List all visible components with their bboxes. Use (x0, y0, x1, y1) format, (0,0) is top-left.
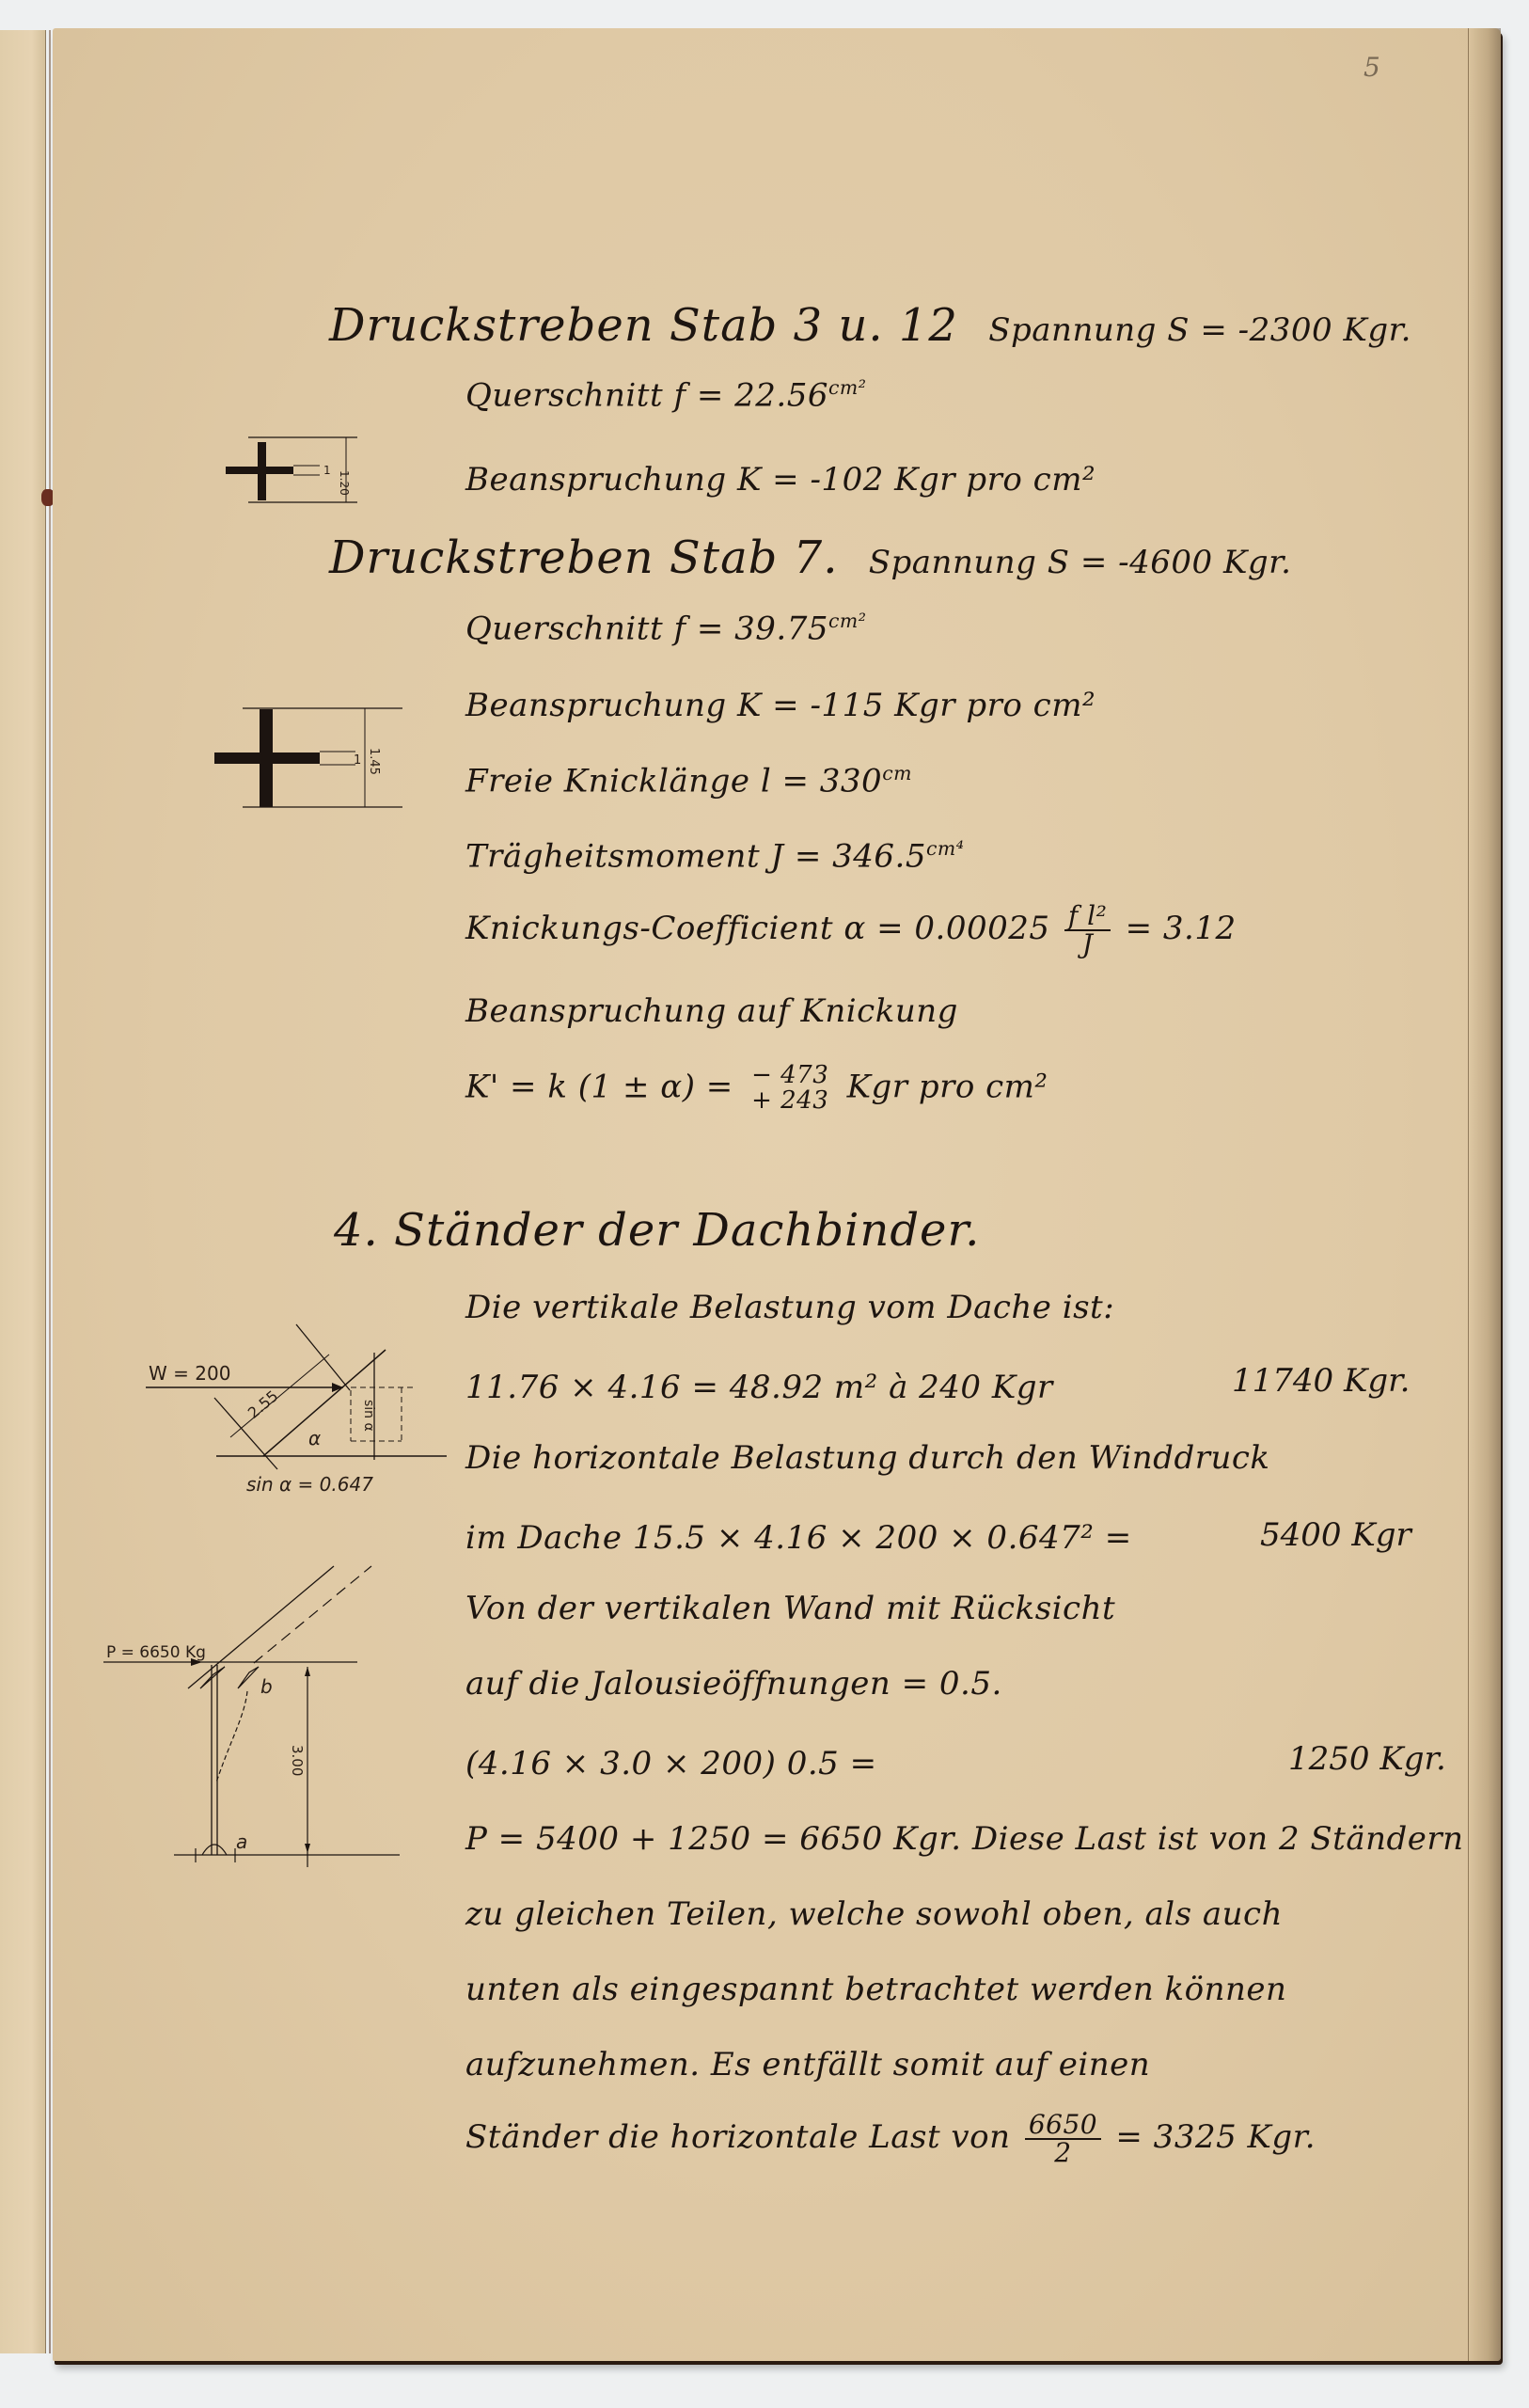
beanspruchung-knickung: Beanspruchung auf Knickung (465, 992, 958, 1030)
beanspruchung-7: Beanspruchung K = -115 Kgr pro cm² (465, 687, 1096, 724)
staender-line-9: zu gleichen Teilen, welche sowohl oben, … (465, 1895, 1283, 1933)
svg-text:2.55: 2.55 (244, 1386, 282, 1421)
heading-staender: 4. Ständer der Dachbinder. (334, 1204, 980, 1257)
knickung-formula: K' = k (1 ± α) = − 473 + 243 Kgr pro cm² (465, 1063, 1048, 1115)
knicklaenge: Freie Knicklänge l = 330cm (465, 762, 912, 800)
load-fraction: 6650 2 (1025, 2112, 1101, 2166)
staender-line-12: Ständer die horizontale Last von 6650 2 … (465, 2112, 1316, 2166)
staender-line-6: auf die Jalousieöffnungen = 0.5. (465, 1665, 1002, 1703)
svg-text:1.45: 1.45 (367, 748, 381, 775)
binding-stitch (49, 30, 51, 2353)
amount-wind-wall: 1250 Kgr. (1288, 1740, 1446, 1778)
svg-text:W = 200: W = 200 (149, 1362, 230, 1385)
page-number: 5 (1363, 52, 1380, 83)
svg-text:1.20: 1.20 (338, 470, 351, 496)
traegheitsmoment: Trägheitsmoment J = 346.5cm⁴ (465, 837, 964, 875)
querschnitt-7: Querschnitt f = 39.75cm² (465, 610, 866, 647)
cross-section-figure-3-12: 1 1.20 (226, 433, 357, 512)
querschnitt-3-12: Querschnitt f = 22.56cm² (465, 376, 866, 414)
column-diagram: P = 6650 Kg b a 3.00 (99, 1552, 409, 1894)
staender-line-11: aufzunehmen. Es entfällt somit auf einen (465, 2046, 1150, 2083)
formula-values: − 473 + 243 (751, 1063, 828, 1115)
staender-line-3: Die horizontale Belastung durch den Wind… (465, 1439, 1270, 1477)
knickungs-coefficient: Knickungs-Coefficient α = 0.00025 f l² J… (465, 903, 1237, 958)
staender-line-2: 11.76 × 4.16 = 48.92 m² à 240 Kgr (465, 1369, 1053, 1406)
svg-text:α: α (308, 1427, 321, 1450)
left-page-edge (0, 30, 46, 2353)
svg-text:3.00: 3.00 (289, 1745, 306, 1776)
staender-line-4: im Dache 15.5 × 4.16 × 200 × 0.647² = (465, 1519, 1132, 1557)
amount-wind-roof: 5400 Kgr (1260, 1516, 1411, 1554)
staender-line-1: Die vertikale Belastung vom Dache ist: (465, 1289, 1114, 1326)
svg-text:sin α: sin α (361, 1400, 376, 1432)
svg-text:1: 1 (323, 464, 331, 477)
staender-line-5: Von der vertikalen Wand mit Rücksicht (465, 1590, 1115, 1627)
page-edge-shadow (1468, 28, 1501, 2361)
heading-druckstreben-3-12: Druckstreben Stab 3 u. 12 Spannung S = -… (329, 299, 1411, 352)
cross-section-figure-7: 1 1.45 (214, 705, 402, 813)
staender-line-8: P = 5400 + 1250 = 6650 Kgr. Diese Last i… (465, 1820, 1464, 1858)
wind-pressure-diagram: W = 200 2.55 α sin α sin α = 0.647 (141, 1317, 451, 1509)
svg-text:P = 6650 Kg: P = 6650 Kg (106, 1643, 206, 1662)
amount-vertical-load: 11740 Kgr. (1232, 1362, 1410, 1400)
svg-text:sin α = 0.647: sin α = 0.647 (246, 1473, 373, 1496)
beanspruchung-3-12: Beanspruchung K = -102 Kgr pro cm² (465, 461, 1096, 499)
heading-druckstreben-7: Druckstreben Stab 7. Spannung S = -4600 … (329, 531, 1291, 584)
staender-line-7: (4.16 × 3.0 × 200) 0.5 = (465, 1745, 877, 1782)
svg-text:1: 1 (354, 753, 361, 768)
svg-text:b: b (260, 1675, 273, 1698)
staender-line-10: unten als eingespannt betrachtet werden … (465, 1971, 1286, 2008)
svg-text:a: a (236, 1830, 247, 1853)
knickungs-fraction: f l² J (1064, 903, 1111, 958)
